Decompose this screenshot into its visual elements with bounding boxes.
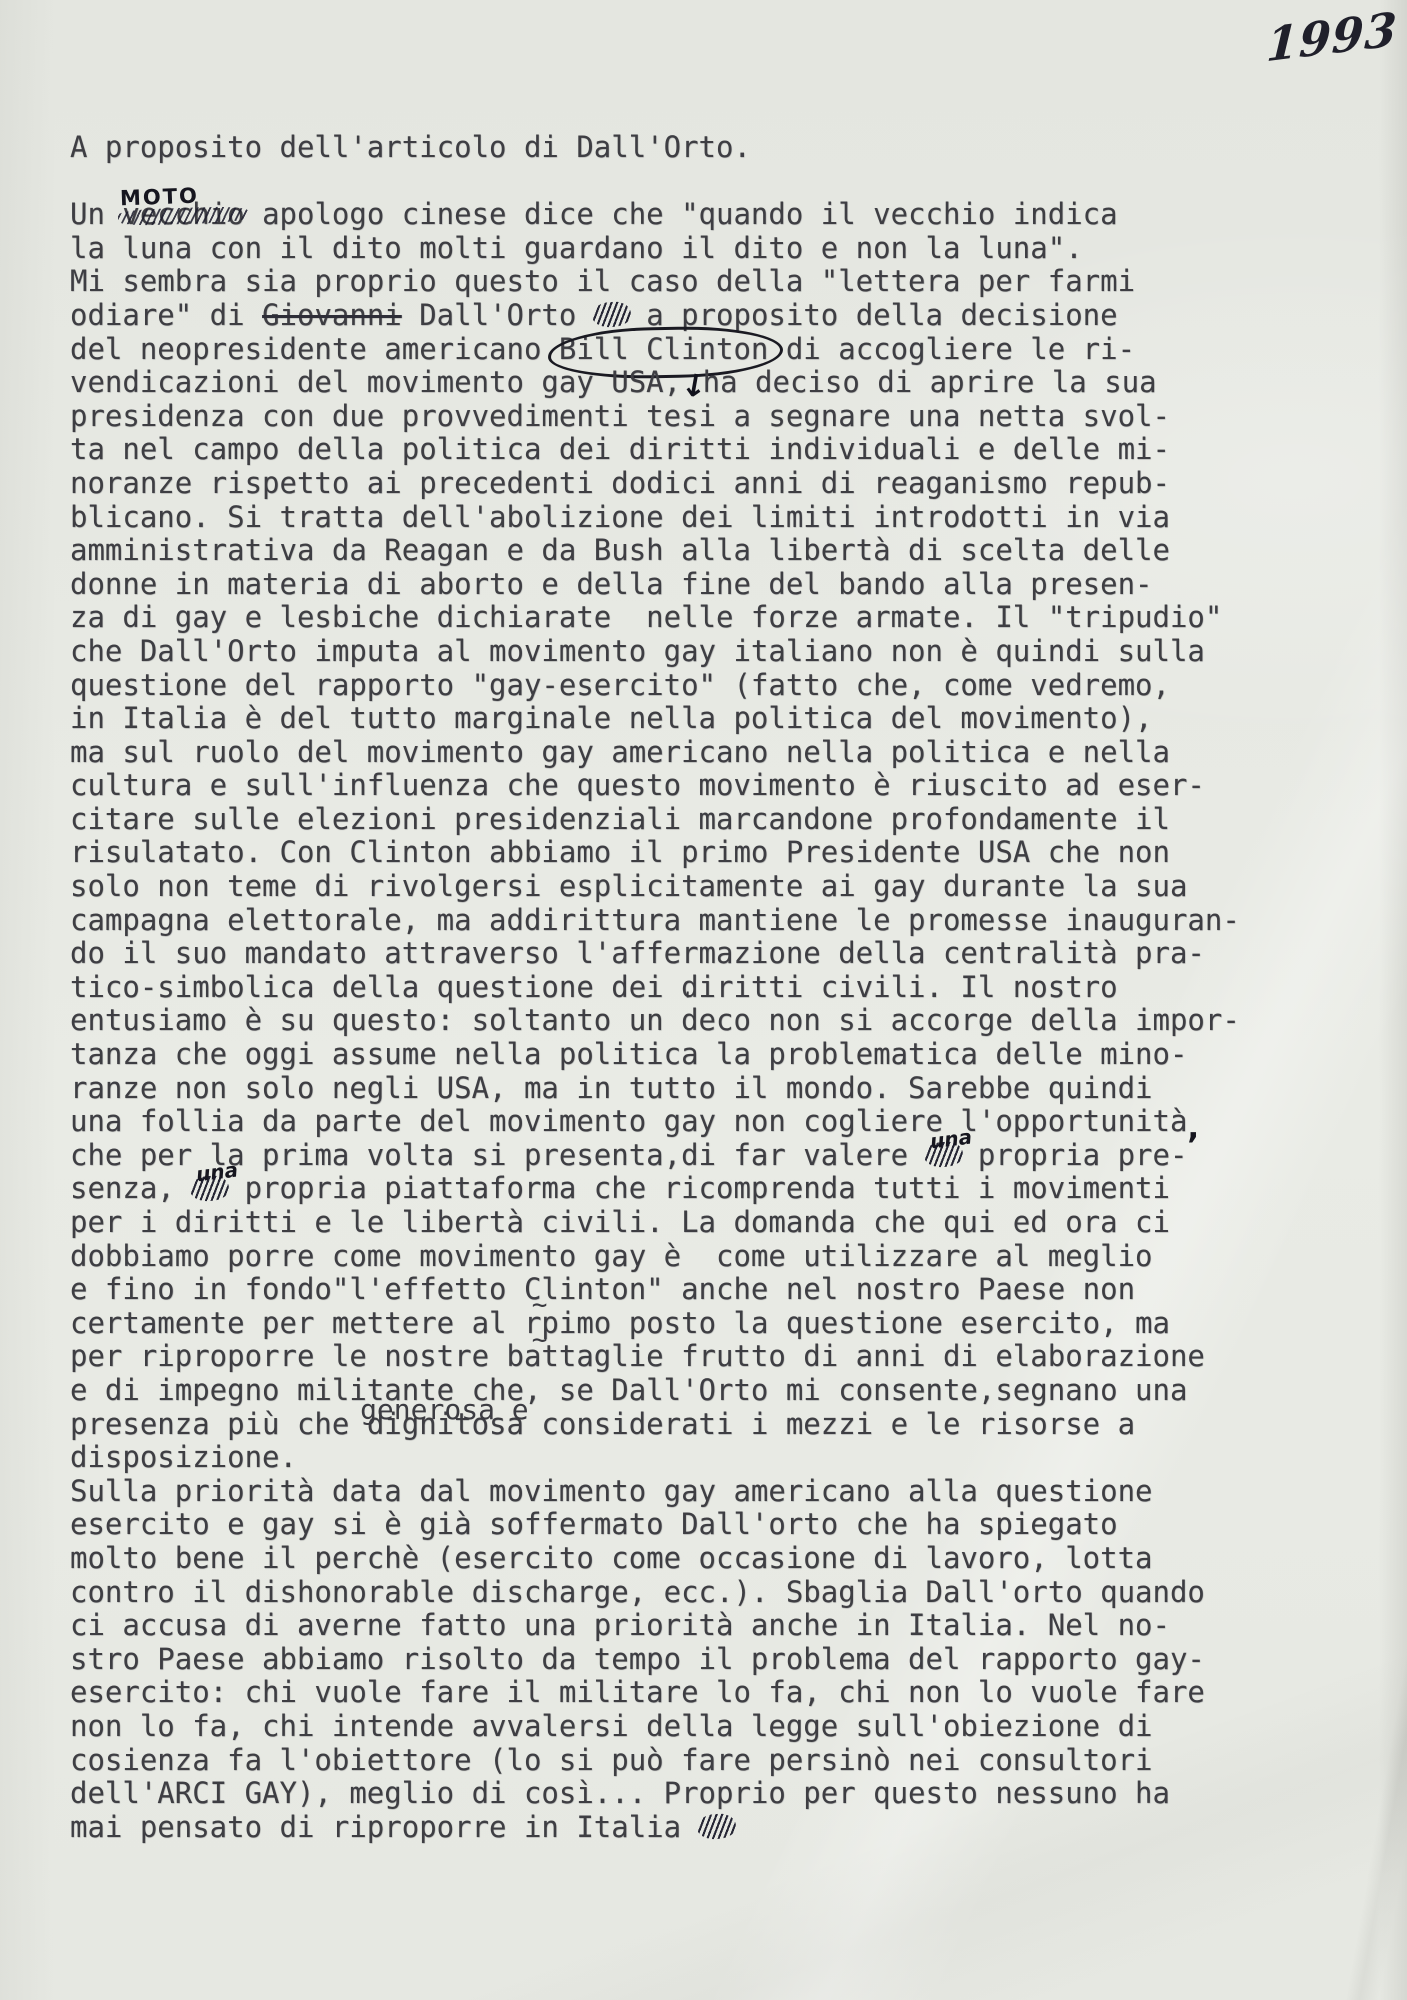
text-line: non lo fa, chi intende avvalersi della l…: [70, 1710, 1350, 1744]
document-title: A proposito dell'articolo di Dall'Orto.: [70, 131, 1350, 165]
annotated-segment: rpimo~~: [524, 1307, 611, 1341]
year-annotation: 1993: [1265, 2, 1399, 73]
text-line: cosienza fa l'obiettore (lo si può fare …: [70, 1744, 1350, 1778]
text-segment: odiare" di: [70, 299, 262, 333]
text-segment: contro il dishonorable discharge, ecc.).…: [70, 1576, 1205, 1610]
annotated-segment: Bill Clinton: [559, 333, 769, 367]
text-line: esercito e gay si è già soffermato Dall'…: [70, 1508, 1350, 1542]
text-segment: Mi sembra sia proprio questo il caso del…: [70, 265, 1135, 299]
text-line: entusiamo è su questo: soltanto un deco'…: [70, 1004, 1350, 1038]
text-line: citare sulle elezioni presidenziali marc…: [70, 803, 1350, 837]
text-line: e fino in fondo"l'effetto Clinton" anche…: [70, 1273, 1350, 1307]
text-segment: senza,: [70, 1172, 192, 1206]
text-segment: per i diritti e le libertà civili. La do…: [70, 1206, 1170, 1240]
text-line: esercito: chi vuole fare il militare lo …: [70, 1676, 1350, 1710]
annotated-segment: mmuna: [192, 1172, 227, 1206]
text-segment: dignitosagenerosa e: [367, 1408, 524, 1442]
text-line: e di impegno militante che, se Dall'Orto…: [70, 1374, 1350, 1408]
text-line: una follia da parte del movimento gay no…: [70, 1105, 1350, 1139]
text-line: questione del rapporto "gay-esercito" (f…: [70, 669, 1350, 703]
text-line: odiare" di Giovanni Dall'Orto mm a propo…: [70, 299, 1350, 333]
annotated-segment: mmuna: [926, 1139, 961, 1173]
text-line: disposizione.: [70, 1441, 1350, 1475]
text-segment: una follia da parte del movimento gay no…: [70, 1105, 1187, 1139]
text-line: Un vecchioMOTO apologo cinese dice che "…: [70, 198, 1350, 232]
text-segment: cultura e sull'influenza che questo movi…: [70, 769, 1205, 803]
text-segment: esercito: chi vuole fare il militare lo …: [70, 1676, 1205, 1710]
text-segment: ma sul ruolo del movimento gay americano…: [70, 736, 1170, 770]
document-body: Un vecchioMOTO apologo cinese dice che "…: [70, 198, 1350, 1844]
text-segment: noranze rispetto ai precedenti dodici an…: [70, 467, 1170, 501]
text-line: dobbiamo porre come movimento gay è come…: [70, 1240, 1350, 1274]
text-segment: blicano. Si tratta dell'abolizione dei l…: [70, 501, 1170, 535]
text-segment: considerati i mezzi e le risorse a: [524, 1408, 1135, 1442]
text-segment: dell'ARCI GAY), meglio di così... Propri…: [70, 1777, 1170, 1811]
text-line: la luna con il dito molti guardano il di…: [70, 232, 1350, 266]
text-segment: la luna con il dito molti guardano il di…: [70, 232, 1083, 266]
text-segment: che Dall'Orto imputa al movimento gay it…: [70, 635, 1205, 669]
document-page: 1993 A proposito dell'articolo di Dall'O…: [0, 0, 1407, 2000]
text-line: Sulla priorità data dal movimento gay am…: [70, 1475, 1350, 1509]
text-line: dell'ARCI GAY), meglio di così... Propri…: [70, 1777, 1350, 1811]
text-line: do il suo mandato attraverso l'affermazi…: [70, 937, 1350, 971]
text-segment: ci accusa di averne fatto una priorità a…: [70, 1609, 1170, 1643]
text-segment: donne in materia di aborto e della fine …: [70, 568, 1153, 602]
text-segment: entusiamo è su questo: soltanto un: [70, 1004, 681, 1038]
text-line: ma sul ruolo del movimento gay americano…: [70, 736, 1350, 770]
text-segment: certamente per mettere al: [70, 1307, 524, 1341]
text-line: presenza più che dignitosagenerosa e con…: [70, 1408, 1350, 1442]
annotation-above: ': [681, 991, 694, 1013]
text-line: presidenza con due provvedimenti tesi a …: [70, 400, 1350, 434]
text-line: vendicazioni del movimento gay USA,↓ha d…: [70, 366, 1350, 400]
text-line: tanza che oggi assume nella politica la …: [70, 1038, 1350, 1072]
text-segment: e di impegno militante che, se Dall'Orto…: [70, 1374, 1187, 1408]
text-line: donne in materia di aborto e della fine …: [70, 568, 1350, 602]
annotation-above: generosa e: [360, 1396, 529, 1424]
annotation-above: MOTO: [120, 185, 200, 209]
annotation-above: ~: [524, 1292, 555, 1318]
text-line: ta nel campo della politica dei diritti …: [70, 433, 1350, 467]
text-segment: Un: [70, 198, 122, 232]
text-segment: deco': [681, 1004, 751, 1038]
annotated-segment: vecchioMOTO: [122, 198, 244, 232]
text-segment: do il suo mandato attraverso l'affermazi…: [70, 937, 1205, 971]
text-segment: cosienza fa l'obiettore (lo si può fare …: [70, 1744, 1153, 1778]
text-line: risulatato. Con Clinton abbiamo il primo…: [70, 836, 1350, 870]
text-line: ranze non solo negli USA, ma in tutto il…: [70, 1072, 1350, 1106]
text-segment: propria piattaforma che ricomprenda tutt…: [227, 1172, 1170, 1206]
text-segment: stro Paese abbiamo risolto da tempo il p…: [70, 1643, 1205, 1677]
text-line: za di gay e lesbiche dichiarate nelle fo…: [70, 601, 1350, 635]
text-line: solo non teme di rivolgersi esplicitamen…: [70, 870, 1350, 904]
text-segment: non lo fa, chi intende avvalersi della l…: [70, 1710, 1153, 1744]
text-line: in Italia è del tutto marginale nella po…: [70, 702, 1350, 736]
text-segment: Dall'Orto: [402, 299, 594, 333]
text-segment: amministrativa da Reagan e da Bush alla …: [70, 534, 1170, 568]
text-segment: vendicazioni del movimento gay USA,: [70, 366, 681, 400]
text-segment: ha deciso di aprire la sua: [703, 366, 1157, 400]
text-segment: di accogliere le ri-: [768, 333, 1135, 367]
text-segment: risulatato. Con Clinton abbiamo il primo…: [70, 836, 1170, 870]
text-line: amministrativa da Reagan e da Bush alla …: [70, 534, 1350, 568]
text-segment: Sulla priorità data dal movimento gay am…: [70, 1475, 1153, 1509]
text-line: molto bene il perchè (esercito come occa…: [70, 1542, 1350, 1576]
text-segment: campagna elettorale, ma addirittura mant…: [70, 904, 1240, 938]
text-segment: solo non teme di rivolgersi esplicitamen…: [70, 870, 1187, 904]
text-line: senza, mmuna propria piattaforma che ric…: [70, 1172, 1350, 1206]
document-text: A proposito dell'articolo di Dall'Orto. …: [70, 131, 1350, 1844]
text-segment: za di gay e lesbiche dichiarate nelle fo…: [70, 601, 1222, 635]
text-segment: citare sulle elezioni presidenziali marc…: [70, 803, 1170, 837]
text-segment: mai pensato di riproporre in Italia: [70, 1811, 699, 1845]
text-line: cultura e sull'influenza che questo movi…: [70, 769, 1350, 803]
text-line: campagna elettorale, ma addirittura mant…: [70, 904, 1350, 938]
text-segment: ta nel campo della politica dei diritti …: [70, 433, 1170, 467]
text-line: che Dall'Orto imputa al movimento gay it…: [70, 635, 1350, 669]
text-segment: tanza che oggi assume nella politica la …: [70, 1038, 1187, 1072]
text-line: per i diritti e le libertà civili. La do…: [70, 1206, 1350, 1240]
text-segment: e fino in fondo"l'effetto Clinton" anche…: [70, 1273, 1135, 1307]
text-line: per riproporre le nostre battaglie frutt…: [70, 1340, 1350, 1374]
text-line: che per la prima volta si presenta,di fa…: [70, 1139, 1350, 1173]
text-segment: molto bene il perchè (esercito come occa…: [70, 1542, 1153, 1576]
text-segment: presenza più che: [70, 1408, 367, 1442]
annotated-segment: Giovanni: [262, 299, 402, 333]
text-segment: non si accorge della impor-: [751, 1004, 1240, 1038]
annotated-segment: mm: [594, 299, 629, 333]
text-line: tico-simbolica della questione dei dirit…: [70, 971, 1350, 1005]
text-segment: presidenza con due provvedimenti tesi a …: [70, 400, 1170, 434]
text-line: blicano. Si tratta dell'abolizione dei l…: [70, 501, 1350, 535]
text-line: certamente per mettere al rpimo~~ posto …: [70, 1307, 1350, 1341]
text-segment: a proposito della decisione: [629, 299, 1118, 333]
text-segment: propria pre-: [960, 1139, 1187, 1173]
text-line: Mi sembra sia proprio questo il caso del…: [70, 265, 1350, 299]
text-segment: tico-simbolica della questione dei dirit…: [70, 971, 1118, 1005]
text-segment: disposizione.: [70, 1441, 297, 1475]
text-line: stro Paese abbiamo risolto da tempo il p…: [70, 1643, 1350, 1677]
text-segment: ranze non solo negli USA, ma in tutto il…: [70, 1072, 1153, 1106]
text-segment: per riproporre le nostre battaglie frutt…: [70, 1340, 1205, 1374]
text-line: del neopresidente americano Bill Clinton…: [70, 333, 1350, 367]
text-segment: in Italia è del tutto marginale nella po…: [70, 702, 1153, 736]
text-line: noranze rispetto ai precedenti dodici an…: [70, 467, 1350, 501]
text-segment: del neopresidente americano: [70, 333, 559, 367]
text-line: contro il dishonorable discharge, ecc.).…: [70, 1576, 1350, 1610]
text-segment: posto la questione esercito, ma: [611, 1307, 1170, 1341]
annotated-segment: mv: [699, 1811, 734, 1845]
text-line: mai pensato di riproporre in Italia mv: [70, 1811, 1350, 1845]
text-segment: questione del rapporto "gay-esercito" (f…: [70, 669, 1170, 703]
text-segment: dobbiamo porre come movimento gay è come…: [70, 1240, 1153, 1274]
text-line: ci accusa di averne fatto una priorità a…: [70, 1609, 1350, 1643]
text-segment: apologo cinese dice che "quando il vecch…: [245, 198, 1118, 232]
text-segment: esercito e gay si è già soffermato Dall'…: [70, 1508, 1118, 1542]
